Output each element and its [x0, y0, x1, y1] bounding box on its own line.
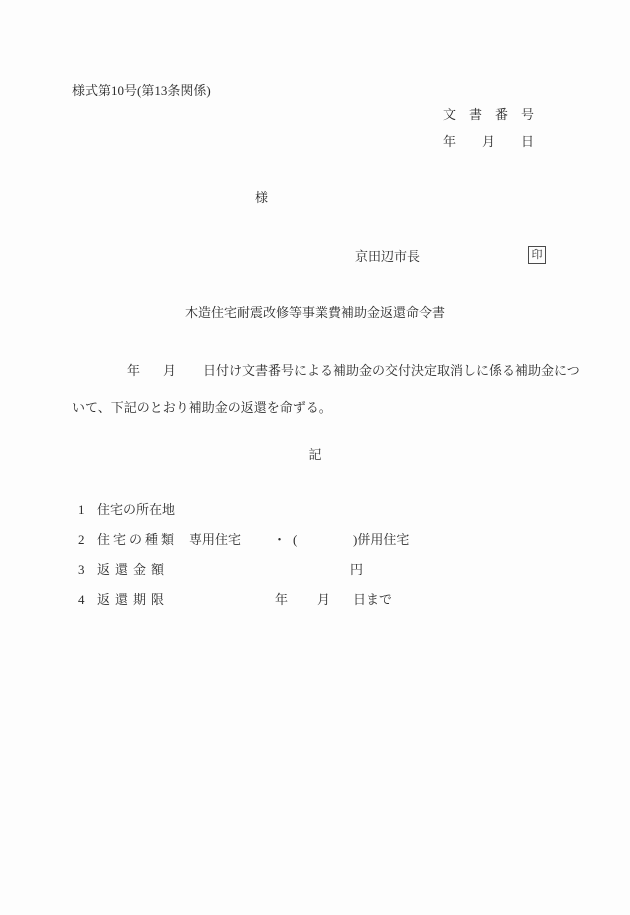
record-marker: 記 — [308, 447, 321, 462]
item-label-housing-type: 住宅の種類 — [97, 531, 177, 548]
currency-unit-yen: 円 — [350, 561, 363, 578]
item-label-repayment-deadline: 返還期限 — [97, 591, 169, 608]
form-number: 様式第10号(第13条関係) — [72, 82, 211, 99]
option-combined-residence: )併用住宅 — [353, 531, 409, 548]
item-label-repayment-amount: 返還金額 — [97, 561, 169, 578]
list-item-repayment-amount: 3 返還金額 円 — [0, 561, 630, 578]
document-number-line: 文書番号 — [0, 106, 630, 123]
item-number: 2 — [78, 531, 85, 548]
deadline-month-blank: 月 — [317, 591, 330, 608]
document-number-label: 文書番号 — [443, 106, 547, 123]
item-number: 4 — [78, 591, 85, 608]
item-number: 3 — [78, 561, 85, 578]
body-year-blank: 年 — [127, 362, 140, 379]
addressee-line: 様 — [0, 189, 630, 206]
list-item-repayment-deadline: 4 返還期限 年 月 日まで — [0, 591, 630, 608]
document-page: 様式第10号(第13条関係) 文書番号 年月日 様 京田辺市長 印 木造住宅耐震… — [0, 0, 630, 915]
form-number-line: 様式第10号(第13条関係) — [0, 82, 630, 99]
list-item-housing-type: 2 住宅の種類 専用住宅 ・ ( )併用住宅 — [0, 531, 630, 548]
record-marker-line: 記 — [0, 446, 630, 463]
title-line: 木造住宅耐震改修等事業費補助金返還命令書 — [0, 304, 630, 321]
body-text-2: いて、下記のとおり補助金の返還を命ずる。 — [72, 399, 332, 416]
deadline-day-suffix: 日まで — [353, 591, 392, 608]
body-line-2: いて、下記のとおり補助金の返還を命ずる。 — [0, 399, 630, 416]
seal-box: 印 — [528, 246, 546, 264]
document-title: 木造住宅耐震改修等事業費補助金返還命令書 — [185, 305, 445, 320]
issue-date-line: 年月日 — [0, 133, 630, 150]
seal-mark: 印 — [532, 249, 543, 261]
paren-open: ( — [293, 531, 297, 548]
option-exclusive-residence: 専用住宅 — [189, 531, 241, 548]
addressee-suffix: 様 — [255, 189, 268, 206]
body-line-1: 年 月 日付け文書番号による補助金の交付決定取消しに係る補助金につ — [0, 362, 630, 379]
issuer-name: 京田辺市長 — [355, 248, 420, 265]
item-label-location: 住宅の所在地 — [97, 501, 175, 518]
body-month-blank: 月 — [163, 362, 176, 379]
option-separator-dot: ・ — [273, 531, 286, 548]
item-number: 1 — [78, 501, 85, 518]
list-item-location: 1 住宅の所在地 — [0, 501, 630, 518]
body-text-1: 日付け文書番号による補助金の交付決定取消しに係る補助金につ — [203, 362, 580, 379]
issue-date-blank: 年月日 — [443, 133, 560, 150]
deadline-year-blank: 年 — [275, 591, 288, 608]
